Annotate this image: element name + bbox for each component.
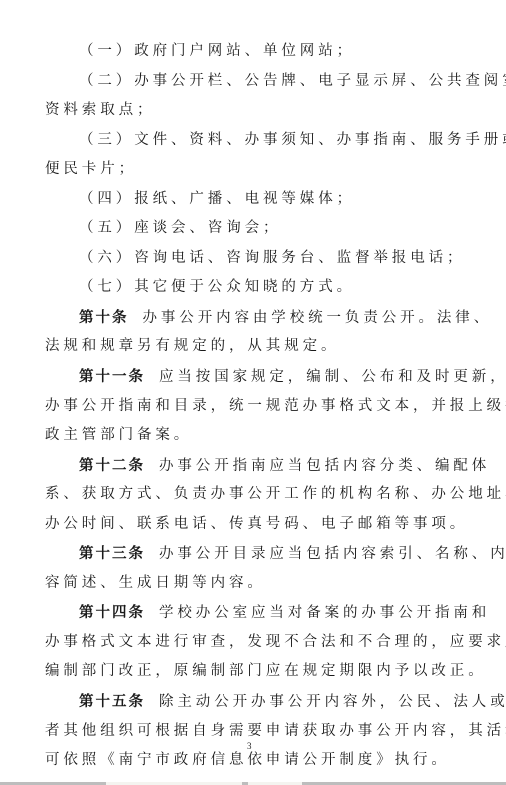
paragraph-line: 法规和规章另有规定的，从其规定。 <box>45 332 460 362</box>
article-paragraph-line: 第十一条应当按国家规定，编制、公布和及时更新， <box>45 362 460 392</box>
article-heading: 第十一条 <box>79 368 145 385</box>
paragraph-line: （一）政府门户网站、单位网站； <box>45 37 460 67</box>
paragraph-line: 系、获取方式、负责办事公开工作的机构名称、办公地址、 <box>45 480 460 510</box>
document-page: （一）政府门户网站、单位网站；（二）办事公开栏、公告牌、电子显示屏、公共查阅室、… <box>0 0 506 785</box>
line-text: （三）文件、资料、办事须知、办事指南、服务手册或 <box>79 132 506 148</box>
paragraph-line: （七）其它便于公众知晓的方式。 <box>45 273 460 303</box>
article-paragraph-line: 第十五条除主动公开办事公开内容外，公民、法人或 <box>45 687 460 717</box>
line-text: 编制部门改正，原编制部门应在规定期限内予以改正。 <box>45 663 487 679</box>
page-number: 3 <box>247 741 252 751</box>
line-text: 系、获取方式、负责办事公开工作的机构名称、办公地址、 <box>45 486 506 502</box>
article-heading: 第十五条 <box>79 693 145 710</box>
paragraph-line: （三）文件、资料、办事须知、办事指南、服务手册或 <box>45 126 460 156</box>
line-text: 办事格式文本进行审查，发现不合法和不合理的，应要求原 <box>45 634 506 650</box>
article-paragraph-line: 第十四条学校办公室应当对备案的办事公开指南和 <box>45 598 460 628</box>
paragraph-line: 便民卡片； <box>45 155 460 185</box>
paragraph-line: （二）办事公开栏、公告牌、电子显示屏、公共查阅室、 <box>45 67 460 97</box>
article-heading: 第十三条 <box>79 545 145 562</box>
line-text: 者其他组织可根据自身需要申请获取办事公开内容，其活动 <box>45 723 506 739</box>
paragraph-line: 容简述、生成日期等内容。 <box>45 569 460 599</box>
paragraph-line: 办事格式文本进行审查，发现不合法和不合理的，应要求原 <box>45 628 460 658</box>
line-text: 应当按国家规定，编制、公布和及时更新， <box>159 369 506 385</box>
line-text: （七）其它便于公众知晓的方式。 <box>79 279 355 295</box>
line-text: 便民卡片； <box>45 161 137 177</box>
article-paragraph-line: 第十三条办事公开目录应当包括内容索引、名称、内 <box>45 539 460 569</box>
article-paragraph-line: 第十条办事公开内容由学校统一负责公开。法律、 <box>45 303 460 333</box>
paragraph-line: 办公时间、联系电话、传真号码、电子邮箱等事项。 <box>45 510 460 540</box>
paragraph-line: 者其他组织可根据自身需要申请获取办事公开内容，其活动 <box>45 717 460 747</box>
line-text: 办事公开内容由学校统一负责公开。法律、 <box>143 310 493 326</box>
document-body: （一）政府门户网站、单位网站；（二）办事公开栏、公告牌、电子显示屏、公共查阅室、… <box>45 37 460 776</box>
paragraph-line: （四）报纸、广播、电视等媒体； <box>45 185 460 215</box>
line-text: 政主管部门备案。 <box>45 427 192 443</box>
paragraph-line: 可依照《南宁市政府信息依申请公开制度》执行。 <box>45 746 460 776</box>
paragraph-line: 编制部门改正，原编制部门应在规定期限内予以改正。 <box>45 657 460 687</box>
paragraph-line: （五）座谈会、咨询会； <box>45 214 460 244</box>
article-heading: 第十二条 <box>79 457 145 474</box>
line-text: 办事公开指南应当包括内容分类、编配体 <box>159 458 490 474</box>
article-heading: 第十条 <box>79 309 129 326</box>
line-text: 除主动公开办事公开内容外，公民、法人或 <box>159 694 506 710</box>
paragraph-line: 资料索取点； <box>45 96 460 126</box>
line-text: 法规和规章另有规定的，从其规定。 <box>45 338 339 354</box>
line-text: 办公时间、联系电话、传真号码、电子邮箱等事项。 <box>45 516 468 532</box>
article-heading: 第十四条 <box>79 604 145 621</box>
line-text: 资料索取点； <box>45 102 155 118</box>
line-text: （五）座谈会、咨询会； <box>79 220 281 236</box>
paragraph-line: 政主管部门备案。 <box>45 421 460 451</box>
line-text: （四）报纸、广播、电视等媒体； <box>79 191 355 207</box>
line-text: （二）办事公开栏、公告牌、电子显示屏、公共查阅室、 <box>79 73 506 89</box>
line-text: （一）政府门户网站、单位网站； <box>79 43 355 59</box>
line-text: 可依照《南宁市政府信息依申请公开制度》执行。 <box>45 752 450 768</box>
line-text: 容简述、生成日期等内容。 <box>45 575 266 591</box>
line-text: （六）咨询电话、咨询服务台、监督举报电话； <box>79 250 465 266</box>
paragraph-line: 办事公开指南和目录，统一规范办事格式文本，并报上级行 <box>45 392 460 422</box>
line-text: 学校办公室应当对备案的办事公开指南和 <box>159 605 490 621</box>
line-text: 办事公开指南和目录，统一规范办事格式文本，并报上级行 <box>45 398 506 414</box>
line-text: 办事公开目录应当包括内容索引、名称、内 <box>159 546 506 562</box>
paragraph-line: （六）咨询电话、咨询服务台、监督举报电话； <box>45 244 460 274</box>
article-paragraph-line: 第十二条办事公开指南应当包括内容分类、编配体 <box>45 451 460 481</box>
